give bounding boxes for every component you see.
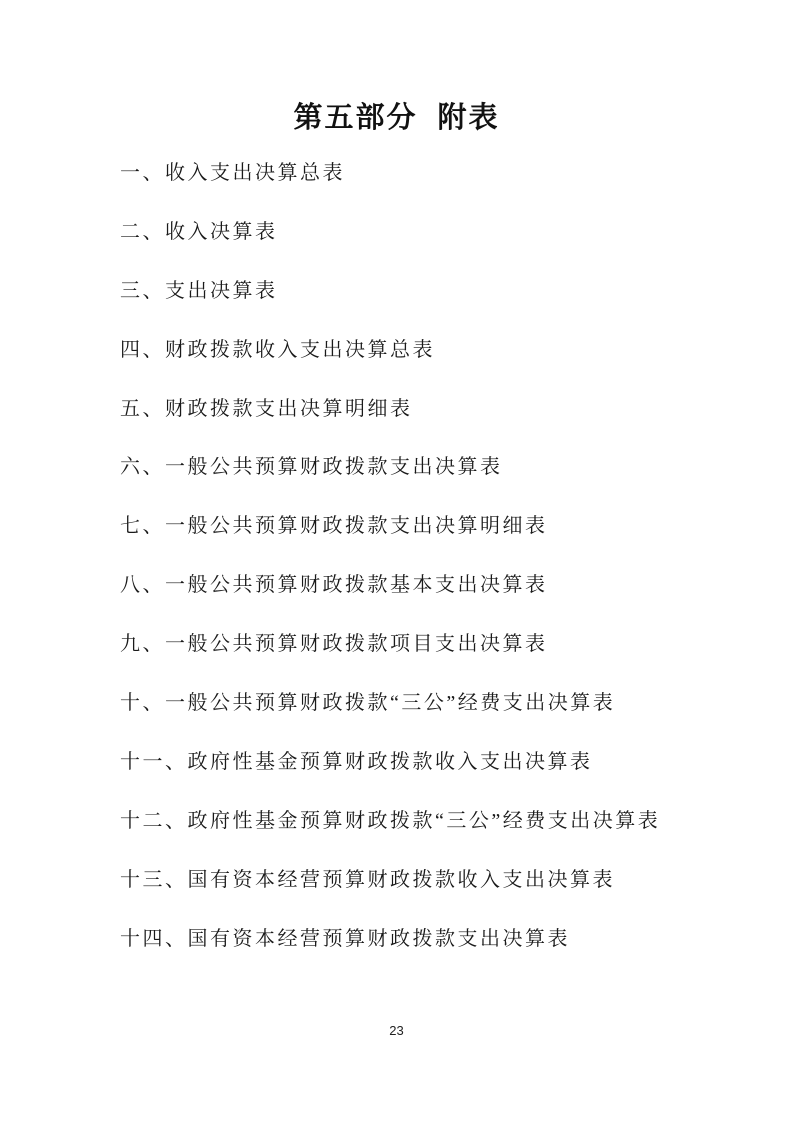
toc-item: 十四、国有资本经营预算财政拨款支出决算表	[120, 926, 743, 985]
toc-item: 二、收入决算表	[120, 219, 743, 278]
toc-item: 一、收入支出决算总表	[120, 160, 743, 219]
toc-item: 十、一般公共预算财政拨款“三公”经费支出决算表	[120, 690, 743, 749]
toc-item: 六、一般公共预算财政拨款支出决算表	[120, 454, 743, 513]
page-number: 23	[0, 1023, 793, 1038]
toc-list: 一、收入支出决算总表二、收入决算表三、支出决算表四、财政拨款收入支出决算总表五、…	[120, 160, 743, 984]
toc-item: 三、支出决算表	[120, 278, 743, 337]
toc-item: 四、财政拨款收入支出决算总表	[120, 337, 743, 396]
page-title: 第五部分 附表	[0, 95, 793, 136]
toc-item: 九、一般公共预算财政拨款项目支出决算表	[120, 631, 743, 690]
toc-item: 五、财政拨款支出决算明细表	[120, 396, 743, 455]
toc-item: 七、一般公共预算财政拨款支出决算明细表	[120, 513, 743, 572]
document-page: 第五部分 附表 一、收入支出决算总表二、收入决算表三、支出决算表四、财政拨款收入…	[0, 0, 793, 1122]
toc-item: 十三、国有资本经营预算财政拨款收入支出决算表	[120, 867, 743, 926]
toc-item: 八、一般公共预算财政拨款基本支出决算表	[120, 572, 743, 631]
toc-item: 十一、政府性基金预算财政拨款收入支出决算表	[120, 749, 743, 808]
toc-item: 十二、政府性基金预算财政拨款“三公”经费支出决算表	[120, 808, 743, 867]
